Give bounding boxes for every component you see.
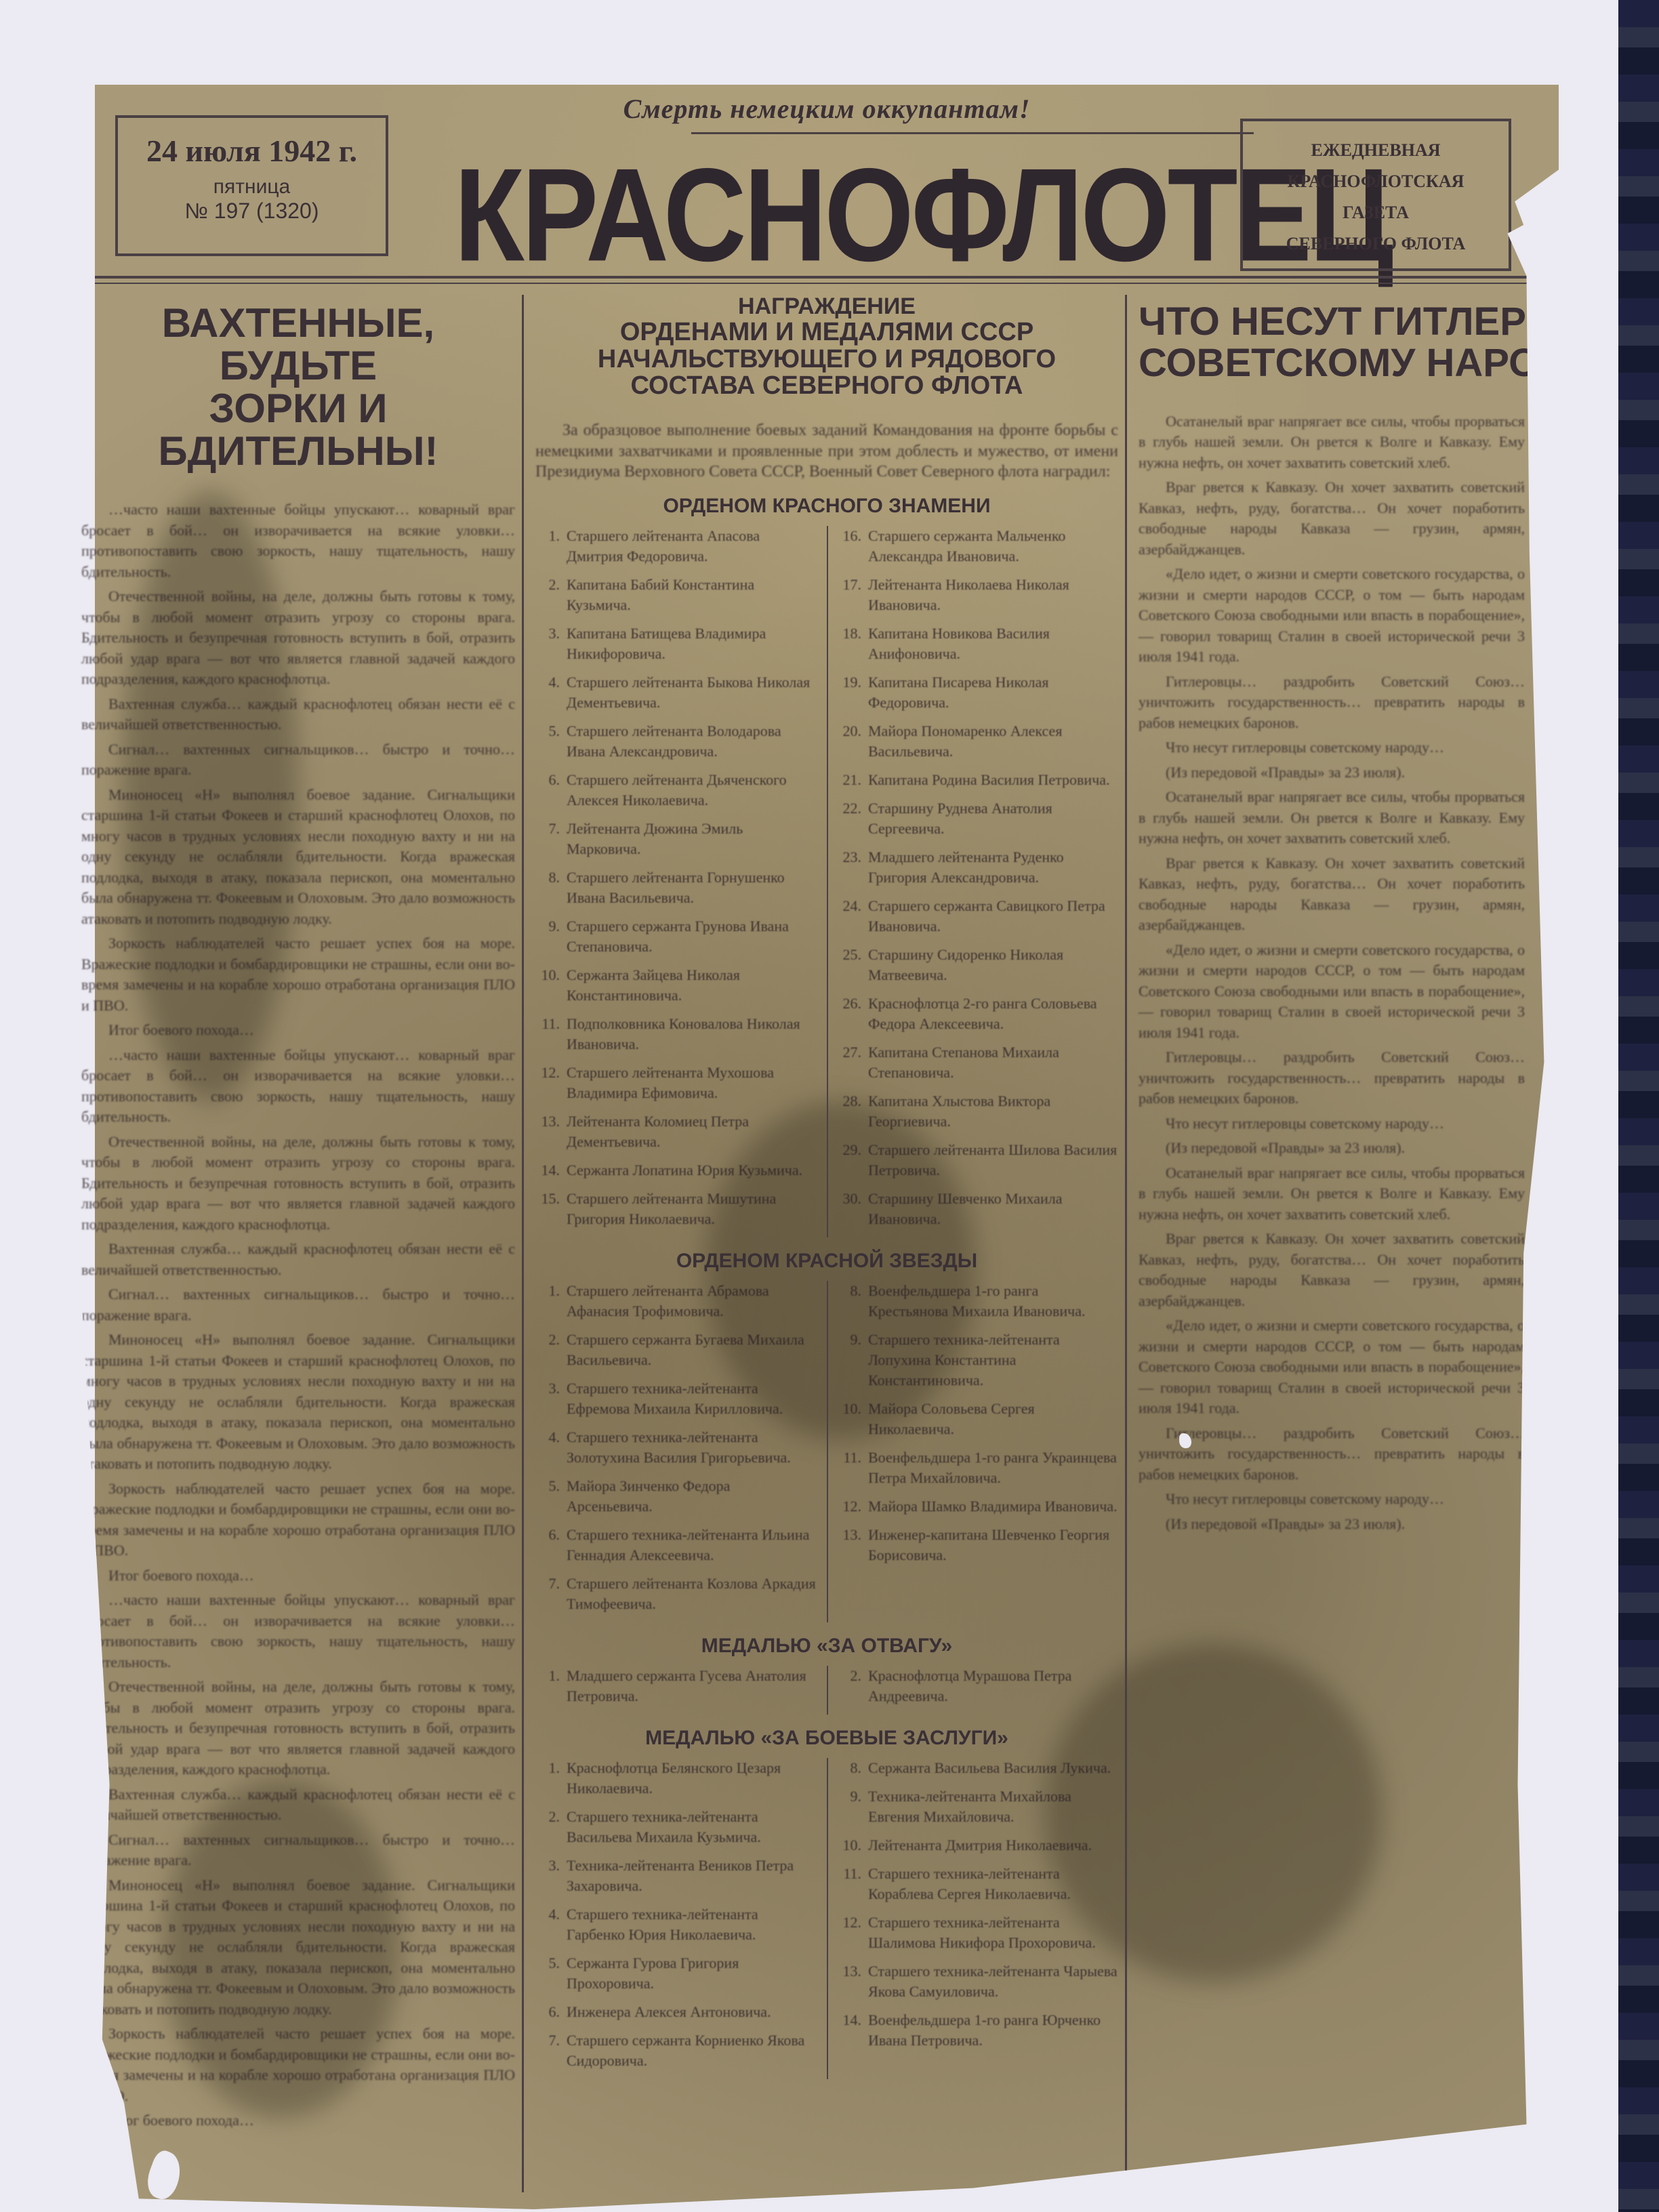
award-section-title: МЕДАЛЬЮ «ЗА БОЕВЫЕ ЗАСЛУГИ»	[535, 1727, 1118, 1750]
award-item-number: 7.	[535, 2030, 560, 2071]
award-section-title: ОРДЕНОМ КРАСНОГО ЗНАМЕНИ	[535, 495, 1118, 518]
award-list-item: 7.Старшего сержанта Корниенко Якова Сидо…	[535, 2030, 817, 2071]
article-paragraph: Отечественной войны, на деле, должны быт…	[81, 1677, 515, 1780]
date-box: 24 июля 1942 г. пятница № 197 (1320)	[115, 115, 388, 256]
award-list-item: 21.Капитана Родина Василия Петровича.	[837, 770, 1118, 790]
article-paragraph: Что несут гитлеровцы советскому народу…	[1139, 737, 1525, 758]
award-item-name: Майора Шамко Владимира Ивановича.	[868, 1496, 1118, 1517]
award-item-name: Старшего лейтенанта Козлова Аркадия Тимо…	[567, 1574, 817, 1614]
award-list-item: 7.Старшего лейтенанта Козлова Аркадия Ти…	[535, 1574, 817, 1614]
award-list-item: 3.Техника-лейтенанта Веников Петра Захар…	[535, 1856, 817, 1896]
award-item-name: Старшего лейтенанта Горнушенко Ивана Вас…	[567, 867, 817, 908]
award-list-item: 28.Капитана Хлыстова Виктора Георгиевича…	[837, 1091, 1118, 1132]
award-item-number: 14.	[535, 1160, 560, 1181]
award-item-name: Краснофлотца Белянского Цезаря Николаеви…	[567, 1758, 817, 1799]
award-item-name: Младшего сержанта Гусева Анатолия Петров…	[567, 1666, 817, 1706]
award-item-number: 9.	[837, 1786, 861, 1827]
article-paragraph: (Из передовой «Правды» за 23 июля).	[1139, 762, 1525, 783]
descriptor-line: СЕВЕРНОГО ФЛОТА	[1243, 228, 1509, 260]
award-item-number: 9.	[837, 1330, 861, 1391]
center-article: НАГРАЖДЕНИЕ ОРДЕНАМИ И МЕДАЛЯМИ СССР НАЧ…	[535, 295, 1118, 2079]
award-list-column: 1.Младшего сержанта Гусева Анатолия Петр…	[535, 1666, 817, 1715]
award-item-name: Старшего техника-лейтенанта Шалимова Ник…	[868, 1912, 1118, 1953]
award-item-name: Лейтенанта Николаева Николая Ивановича.	[868, 575, 1118, 615]
award-list-item: 8.Сержанта Васильева Василия Лукича.	[837, 1758, 1118, 1778]
center-headline: НАГРАЖДЕНИЕ ОРДЕНАМИ И МЕДАЛЯМИ СССР НАЧ…	[535, 295, 1118, 400]
award-item-number: 3.	[535, 1378, 560, 1419]
award-list-item: 13.Инженер-капитана Шевченко Георгия Бор…	[837, 1525, 1118, 1565]
award-item-number: 5.	[535, 1476, 560, 1517]
award-list-item: 7.Лейтенанта Дюжина Эмиль Марковича.	[535, 819, 817, 859]
award-list-item: 2.Старшего техника-лейтенанта Васильева …	[535, 1807, 817, 1847]
award-item-number: 2.	[535, 575, 560, 615]
award-item-number: 10.	[535, 965, 560, 1006]
award-item-number: 8.	[837, 1281, 861, 1322]
award-item-number: 14.	[837, 2010, 861, 2051]
award-list-item: 4.Старшего лейтенанта Быкова Николая Дем…	[535, 672, 817, 713]
award-list-item: 15.Старшего лейтенанта Мишутина Григория…	[535, 1189, 817, 1229]
award-item-number: 7.	[535, 1574, 560, 1614]
award-item-number: 1.	[535, 1758, 560, 1799]
award-item-name: Старшину Шевченко Михаила Ивановича.	[868, 1189, 1118, 1229]
award-list-item: 26.Краснофлотца 2-го ранга Соловьева Фед…	[837, 994, 1118, 1034]
award-item-name: Капитана Родина Василия Петровича.	[868, 770, 1110, 790]
award-list-item: 5.Майора Зинченко Федора Арсеньевича.	[535, 1476, 817, 1517]
award-item-number: 5.	[535, 1953, 560, 1994]
award-item-name: Капитана Новикова Василия Анифоновича.	[868, 623, 1118, 664]
award-list-item: 12.Старшего техника-лейтенанта Шалимова …	[837, 1912, 1118, 1953]
award-item-number: 17.	[837, 575, 861, 615]
award-item-number: 6.	[535, 770, 560, 811]
award-item-number: 26.	[837, 994, 861, 1034]
headline-line: СОВЕТСКОМУ НАРОДУ	[1139, 343, 1525, 384]
award-item-name: Инженер-капитана Шевченко Георгия Борисо…	[868, 1525, 1118, 1565]
award-item-number: 5.	[535, 721, 560, 762]
article-paragraph: Враг рвется к Кавказу. Он хочет захватит…	[1139, 477, 1525, 560]
header-rule	[95, 276, 1559, 279]
article-paragraph: Вахтенная служба… каждый краснофлотец об…	[81, 694, 515, 735]
award-list-item: 23.Младшего лейтенанта Руденко Григория …	[837, 847, 1118, 888]
award-item-number: 19.	[837, 672, 861, 713]
award-list-item: 13.Лейтенанта Коломиец Петра Дементьевич…	[535, 1111, 817, 1152]
award-item-name: Майора Соловьева Сергея Николаевича.	[868, 1399, 1118, 1439]
header-rule	[95, 283, 1559, 284]
award-item-name: Лейтенанта Дмитрия Николаевича.	[868, 1835, 1092, 1856]
award-list-item: 1.Краснофлотца Белянского Цезаря Николае…	[535, 1758, 817, 1799]
masthead: Смерть немецким оккупантам! 24 июля 1942…	[95, 85, 1559, 281]
award-item-name: Старшего техника-лейтенанта Золотухина В…	[567, 1427, 817, 1468]
article-paragraph: Миноносец «Н» выполнял боевое задание. С…	[81, 1330, 515, 1475]
award-item-name: Старшего лейтенанта Дьяченского Алексея …	[567, 770, 817, 811]
award-item-name: Старшего техника-лейтенанта Гарбенко Юри…	[567, 1904, 817, 1945]
award-list-item: 6.Старшего техника-лейтенанта Ильина Ген…	[535, 1525, 817, 1565]
article-paragraph: Зоркость наблюдателей часто решает успех…	[81, 2024, 515, 2106]
award-item-name: Старшего лейтенанта Мишутина Григория Ни…	[567, 1189, 817, 1229]
award-item-number: 22.	[837, 798, 861, 839]
award-list-item: 10.Майора Соловьева Сергея Николаевича.	[837, 1399, 1118, 1439]
award-item-number: 12.	[837, 1496, 861, 1517]
award-list-item: 12.Майора Шамко Владимира Ивановича.	[837, 1496, 1118, 1517]
award-item-name: Майора Зинченко Федора Арсеньевича.	[567, 1476, 817, 1517]
right-article-body: Осатанелый враг напрягает все силы, чтоб…	[1139, 411, 1525, 1535]
article-paragraph: «Дело идет, о жизни и смерти советского …	[1139, 940, 1525, 1044]
award-list-item: 3.Старшего техника-лейтенанта Ефремова М…	[535, 1378, 817, 1419]
award-item-number: 27.	[837, 1042, 861, 1083]
award-item-number: 9.	[535, 916, 560, 957]
award-list-item: 14.Военфельдшера 1-го ранга Юрченко Иван…	[837, 2010, 1118, 2051]
article-paragraph: …часто наши вахтенные бойцы упускают… ко…	[81, 1590, 515, 1673]
award-item-number: 13.	[535, 1111, 560, 1152]
award-list-item: 22.Старшину Руднева Анатолия Сергеевича.	[837, 798, 1118, 839]
award-list-item: 1.Старшего лейтенанта Абрамова Афанасия …	[535, 1281, 817, 1322]
article-paragraph: Итог боевого похода…	[81, 2110, 515, 2131]
award-item-name: Лейтенанта Дюжина Эмиль Марковича.	[567, 819, 817, 859]
headline-line: СОСТАВА СЕВЕРНОГО ФЛОТА	[535, 373, 1118, 400]
award-item-name: Старшего техника-лейтенанта Ильина Генна…	[567, 1525, 817, 1565]
award-list: 1.Старшего лейтенанта Апасова Дмитрия Фе…	[535, 526, 1118, 1237]
award-item-name: Старшего лейтенанта Абрамова Афанасия Тр…	[567, 1281, 817, 1322]
award-item-name: Старшего сержанта Грунова Ивана Степанов…	[567, 916, 817, 957]
headline-line: НАЧАЛЬСТВУЮЩЕГО И РЯДОВОГО	[535, 346, 1118, 373]
article-paragraph: Гитлеровцы… раздробить Советский Союз… у…	[1139, 1047, 1525, 1109]
award-item-name: Старшего лейтенанта Быкова Николая Демен…	[567, 672, 817, 713]
column-rule	[1125, 295, 1127, 2192]
award-item-name: Старшего сержанта Бугаева Михаила Василь…	[567, 1330, 817, 1370]
award-item-name: Сержанта Гурова Григория Прохоровича.	[567, 1953, 817, 1994]
award-item-name: Старшего техника-лейтенанта Васильева Ми…	[567, 1807, 817, 1847]
award-item-name: Капитана Писарева Николая Федоровича.	[868, 672, 1118, 713]
award-item-number: 12.	[535, 1063, 560, 1103]
award-list-item: 11.Военфельдшера 1-го ранга Украинцева П…	[837, 1448, 1118, 1488]
award-item-number: 23.	[837, 847, 861, 888]
award-item-number: 24.	[837, 896, 861, 937]
right-headline: ЧТО НЕСУТ ГИТЛЕРОВЦЫ СОВЕТСКОМУ НАРОДУ	[1139, 302, 1525, 384]
descriptor-line: ГАЗЕТА	[1243, 197, 1509, 228]
award-item-name: Краснофлотца Мурашова Петра Андреевича.	[868, 1666, 1118, 1706]
award-item-number: 20.	[837, 721, 861, 762]
award-list: 1.Младшего сержанта Гусева Анатолия Петр…	[535, 1666, 1118, 1715]
award-item-number: 3.	[535, 1856, 560, 1896]
article-paragraph: Зоркость наблюдателей часто решает успех…	[81, 1479, 515, 1561]
award-item-name: Майора Пономаренко Алексея Васильевича.	[868, 721, 1118, 762]
award-item-name: Старшего лейтенанта Шилова Василия Петро…	[868, 1140, 1118, 1181]
article-paragraph: Вахтенная служба… каждый краснофлотец об…	[81, 1784, 515, 1826]
award-item-name: Сержанта Зайцева Николая Константиновича…	[567, 965, 817, 1006]
article-paragraph: Отечественной войны, на деле, должны быт…	[81, 1132, 515, 1235]
award-item-name: Капитана Хлыстова Виктора Георгиевича.	[868, 1091, 1118, 1132]
award-item-name: Краснофлотца 2-го ранга Соловьева Федора…	[868, 994, 1118, 1034]
article-paragraph: Осатанелый враг напрягает все силы, чтоб…	[1139, 411, 1525, 474]
award-section-title: ОРДЕНОМ КРАСНОЙ ЗВЕЗДЫ	[535, 1250, 1118, 1273]
award-list-item: 2.Старшего сержанта Бугаева Михаила Васи…	[535, 1330, 817, 1370]
award-list-item: 24.Старшего сержанта Савицкого Петра Ива…	[837, 896, 1118, 937]
award-item-name: Военфельдшера 1-го ранга Крестьянова Мих…	[868, 1281, 1118, 1322]
award-item-number: 4.	[535, 672, 560, 713]
award-item-number: 13.	[837, 1525, 861, 1565]
award-list-item: 6.Старшего лейтенанта Дьяченского Алексе…	[535, 770, 817, 811]
paper-hole	[142, 2148, 186, 2203]
article-paragraph: Враг рвется к Кавказу. Он хочет захватит…	[1139, 1229, 1525, 1311]
award-list-item: 27.Капитана Степанова Михаила Степанович…	[837, 1042, 1118, 1083]
article-paragraph: «Дело идет, о жизни и смерти советского …	[1139, 1315, 1525, 1419]
article-paragraph: …часто наши вахтенные бойцы упускают… ко…	[81, 499, 515, 582]
left-article: ВАХТЕННЫЕ, БУДЬТЕ ЗОРКИ И БДИТЕЛЬНЫ! …ча…	[81, 295, 515, 2135]
award-item-name: Старшего сержанта Савицкого Петра Иванов…	[868, 896, 1118, 937]
article-paragraph: Гитлеровцы… раздробить Советский Союз… у…	[1139, 672, 1525, 734]
right-article: ЧТО НЕСУТ ГИТЛЕРОВЦЫ СОВЕТСКОМУ НАРОДУ О…	[1139, 295, 1525, 1538]
award-item-number: 11.	[837, 1448, 861, 1488]
award-list-item: 18.Капитана Новикова Василия Анифоновича…	[837, 623, 1118, 664]
award-item-number: 1.	[535, 1666, 560, 1706]
award-item-name: Техника-лейтенанта Веников Петра Захаров…	[567, 1856, 817, 1896]
award-item-name: Младшего лейтенанта Руденко Григория Але…	[868, 847, 1118, 888]
award-item-name: Сержанта Васильева Василия Лукича.	[868, 1758, 1111, 1778]
award-item-number: 2.	[535, 1330, 560, 1370]
table-edge	[1618, 0, 1659, 2212]
award-list-item: 1.Старшего лейтенанта Апасова Дмитрия Фе…	[535, 526, 817, 567]
issue-date: 24 июля 1942 г.	[118, 133, 386, 169]
slogan-rule	[691, 132, 1254, 134]
article-paragraph: Гитлеровцы… раздробить Советский Союз… у…	[1139, 1423, 1525, 1486]
award-list-item: 11.Старшего техника-лейтенанта Кораблева…	[837, 1864, 1118, 1904]
award-list-item: 8.Старшего лейтенанта Горнушенко Ивана В…	[535, 867, 817, 908]
award-item-number: 30.	[837, 1189, 861, 1229]
award-item-name: Старшего сержанта Мальченко Александра И…	[868, 526, 1118, 567]
article-paragraph: Сигнал… вахтенных сигнальщиков… быстро и…	[81, 1284, 515, 1326]
article-paragraph: (Из передовой «Правды» за 23 июля).	[1139, 1138, 1525, 1159]
award-item-name: Капитана Бабий Константина Кузьмича.	[567, 575, 817, 615]
award-item-name: Военфельдшера 1-го ранга Юрченко Ивана П…	[868, 2010, 1118, 2051]
award-list-item: 30.Старшину Шевченко Михаила Ивановича.	[837, 1189, 1118, 1229]
award-list-item: 5.Сержанта Гурова Григория Прохоровича.	[535, 1953, 817, 1994]
award-list-item: 2.Краснофлотца Мурашова Петра Андреевича…	[837, 1666, 1118, 1706]
award-list-item: 8.Военфельдшера 1-го ранга Крестьянова М…	[837, 1281, 1118, 1322]
award-list-column: 1.Старшего лейтенанта Апасова Дмитрия Фе…	[535, 526, 817, 1237]
award-list-column: 8.Сержанта Васильева Василия Лукича.9.Те…	[837, 1758, 1118, 2079]
award-item-number: 11.	[535, 1014, 560, 1054]
award-item-number: 29.	[837, 1140, 861, 1181]
award-list-column: 2.Краснофлотца Мурашова Петра Андреевича…	[837, 1666, 1118, 1715]
article-paragraph: Сигнал… вахтенных сигнальщиков… быстро и…	[81, 739, 515, 781]
headline-line: НАГРАЖДЕНИЕ	[535, 295, 1118, 319]
article-paragraph: Итог боевого похода…	[81, 1565, 515, 1586]
award-item-name: Капитана Батищева Владимира Никифоровича…	[567, 623, 817, 664]
award-list-item: 10.Сержанта Зайцева Николая Константинов…	[535, 965, 817, 1006]
award-item-name: Старшину Сидоренко Николая Матвеевича.	[868, 945, 1118, 985]
award-item-name: Военфельдшера 1-го ранга Украинцева Петр…	[868, 1448, 1118, 1488]
award-item-name: Капитана Степанова Михаила Степановича.	[868, 1042, 1118, 1083]
headline-line: ЧТО НЕСУТ ГИТЛЕРОВЦЫ	[1139, 302, 1525, 343]
award-item-number: 6.	[535, 2002, 560, 2022]
award-list-item: 5.Старшего лейтенанта Володарова Ивана А…	[535, 721, 817, 762]
left-article-body: …часто наши вахтенные бойцы упускают… ко…	[81, 499, 515, 2131]
award-list-item: 9.Техника-лейтенанта Михайлова Евгения М…	[837, 1786, 1118, 1827]
award-item-name: Старшего техника-лейтенанта Чарыева Яков…	[868, 1961, 1118, 2002]
headline-line: ВАХТЕННЫЕ, БУДЬТЕ	[81, 302, 515, 387]
award-item-number: 18.	[837, 623, 861, 664]
award-list-item: 16.Старшего сержанта Мальченко Александр…	[837, 526, 1118, 567]
article-paragraph: Миноносец «Н» выполнял боевое задание. С…	[81, 785, 515, 930]
award-item-number: 3.	[535, 623, 560, 664]
article-paragraph: Отечественной войны, на деле, должны быт…	[81, 586, 515, 690]
award-item-number: 2.	[535, 1807, 560, 1847]
award-section-title: МЕДАЛЬЮ «ЗА ОТВАГУ»	[535, 1635, 1118, 1658]
award-list-item: 4.Старшего техника-лейтенанта Золотухина…	[535, 1427, 817, 1468]
award-item-number: 11.	[837, 1864, 861, 1904]
award-item-name: Старшего техника-лейтенанта Ефремова Мих…	[567, 1378, 817, 1419]
award-item-number: 1.	[535, 1281, 560, 1322]
award-list-item: 13.Старшего техника-лейтенанта Чарыева Я…	[837, 1961, 1118, 2002]
article-paragraph: Сигнал… вахтенных сигнальщиков… быстро и…	[81, 1830, 515, 1871]
issue-number: № 197 (1320)	[118, 199, 386, 224]
award-list-column: 1.Старшего лейтенанта Абрамова Афанасия …	[535, 1281, 817, 1622]
headline-line: ЗОРКИ И БДИТЕЛЬНЫ!	[81, 387, 515, 472]
article-paragraph: Зоркость наблюдателей часто решает успех…	[81, 933, 515, 1016]
award-item-name: Старшего лейтенанта Мухошова Владимира Е…	[567, 1063, 817, 1103]
award-item-number: 25.	[837, 945, 861, 985]
award-list-column: 1.Краснофлотца Белянского Цезаря Николае…	[535, 1758, 817, 2079]
award-list-item: 29.Старшего лейтенанта Шилова Василия Пе…	[837, 1140, 1118, 1181]
award-list-item: 11.Подполковника Коновалова Николая Иван…	[535, 1014, 817, 1054]
article-paragraph: Враг рвется к Кавказу. Он хочет захватит…	[1139, 853, 1525, 936]
award-list-item: 2.Капитана Бабий Константина Кузьмича.	[535, 575, 817, 615]
award-list-item: 17.Лейтенанта Николаева Николая Иванович…	[837, 575, 1118, 615]
award-item-number: 7.	[535, 819, 560, 859]
award-list-item: 9.Старшего техника-лейтенанта Лопухина К…	[837, 1330, 1118, 1391]
award-item-number: 1.	[535, 526, 560, 567]
award-item-number: 13.	[837, 1961, 861, 2002]
award-item-name: Старшего техника-лейтенанта Кораблева Се…	[868, 1864, 1118, 1904]
award-item-name: Лейтенанта Коломиец Петра Дементьевича.	[567, 1111, 817, 1152]
award-list-item: 1.Младшего сержанта Гусева Анатолия Петр…	[535, 1666, 817, 1706]
award-item-name: Старшего сержанта Корниенко Якова Сидоро…	[567, 2030, 817, 2071]
award-item-name: Старшего лейтенанта Володарова Ивана Але…	[567, 721, 817, 762]
descriptor-line: КРАСНОФЛОТСКАЯ	[1243, 166, 1509, 197]
award-item-number: 8.	[535, 867, 560, 908]
issue-weekday: пятница	[118, 176, 386, 199]
article-paragraph: Осатанелый враг напрягает все силы, чтоб…	[1139, 1163, 1525, 1225]
article-paragraph: Миноносец «Н» выполнял боевое задание. С…	[81, 1875, 515, 2020]
award-list-column: 16.Старшего сержанта Мальченко Александр…	[837, 526, 1118, 1237]
article-paragraph: Итог боевого похода…	[81, 1020, 515, 1041]
award-item-name: Сержанта Лопатина Юрия Кузьмича.	[567, 1160, 802, 1181]
award-item-number: 12.	[837, 1912, 861, 1953]
award-list-item: 19.Капитана Писарева Николая Федоровича.	[837, 672, 1118, 713]
award-item-name: Подполковника Коновалова Николая Иванови…	[567, 1014, 817, 1054]
award-item-number: 16.	[837, 526, 861, 567]
award-item-name: Инженера Алексея Антоновича.	[567, 2002, 771, 2022]
article-paragraph: …часто наши вахтенные бойцы упускают… ко…	[81, 1045, 515, 1128]
newspaper-page: Смерть немецким оккупантам! 24 июля 1942…	[95, 85, 1559, 2209]
award-item-name: Старшего лейтенанта Апасова Дмитрия Федо…	[567, 526, 817, 567]
award-item-number: 10.	[837, 1399, 861, 1439]
award-item-name: Старшину Руднева Анатолия Сергеевича.	[868, 798, 1118, 839]
award-sections: ОРДЕНОМ КРАСНОГО ЗНАМЕНИ1.Старшего лейте…	[535, 495, 1118, 2079]
award-item-number: 4.	[535, 1904, 560, 1945]
award-list-item: 9.Старшего сержанта Грунова Ивана Степан…	[535, 916, 817, 957]
article-paragraph: Что несут гитлеровцы советскому народу…	[1139, 1113, 1525, 1134]
award-item-number: 4.	[535, 1427, 560, 1468]
descriptor-box: ЕЖЕДНЕВНАЯ КРАСНОФЛОТСКАЯ ГАЗЕТА СЕВЕРНО…	[1240, 119, 1511, 271]
award-list: 1.Краснофлотца Белянского Цезаря Николае…	[535, 1758, 1118, 2079]
headline-line: ОРДЕНАМИ И МЕДАЛЯМИ СССР	[535, 319, 1118, 346]
column-rule	[522, 295, 524, 2192]
award-list-item: 12.Старшего лейтенанта Мухошова Владимир…	[535, 1063, 817, 1103]
award-list-item: 14.Сержанта Лопатина Юрия Кузьмича.	[535, 1160, 817, 1181]
award-list-item: 20.Майора Пономаренко Алексея Васильевич…	[837, 721, 1118, 762]
award-item-name: Техника-лейтенанта Михайлова Евгения Мих…	[868, 1786, 1118, 1827]
award-item-number: 10.	[837, 1835, 861, 1856]
award-list-item: 6.Инженера Алексея Антоновича.	[535, 2002, 817, 2022]
left-headline: ВАХТЕННЫЕ, БУДЬТЕ ЗОРКИ И БДИТЕЛЬНЫ!	[81, 302, 515, 472]
award-intro: За образцовое выполнение боевых заданий …	[535, 420, 1118, 483]
descriptor-line: ЕЖЕДНЕВНАЯ	[1243, 135, 1509, 166]
article-paragraph: Вахтенная служба… каждый краснофлотец об…	[81, 1239, 515, 1280]
award-list-item: 10.Лейтенанта Дмитрия Николаевича.	[837, 1835, 1118, 1856]
award-list-item: 25.Старшину Сидоренко Николая Матвеевича…	[837, 945, 1118, 985]
award-item-number: 2.	[837, 1666, 861, 1706]
award-list-item: 3.Капитана Батищева Владимира Никифорови…	[535, 623, 817, 664]
award-list-item: 4.Старшего техника-лейтенанта Гарбенко Ю…	[535, 1904, 817, 1945]
award-list: 1.Старшего лейтенанта Абрамова Афанасия …	[535, 1281, 1118, 1622]
award-list-column: 8.Военфельдшера 1-го ранга Крестьянова М…	[837, 1281, 1118, 1622]
article-paragraph: Осатанелый враг напрягает все силы, чтоб…	[1139, 787, 1525, 849]
award-item-number: 28.	[837, 1091, 861, 1132]
article-paragraph: «Дело идет, о жизни и смерти советского …	[1139, 564, 1525, 668]
award-item-name: Старшего техника-лейтенанта Лопухина Кон…	[868, 1330, 1118, 1391]
article-paragraph: (Из передовой «Правды» за 23 июля).	[1139, 1514, 1525, 1535]
award-item-number: 15.	[535, 1189, 560, 1229]
award-item-number: 8.	[837, 1758, 861, 1778]
award-item-number: 6.	[535, 1525, 560, 1565]
award-item-number: 21.	[837, 770, 861, 790]
article-paragraph: Что несут гитлеровцы советскому народу…	[1139, 1489, 1525, 1510]
